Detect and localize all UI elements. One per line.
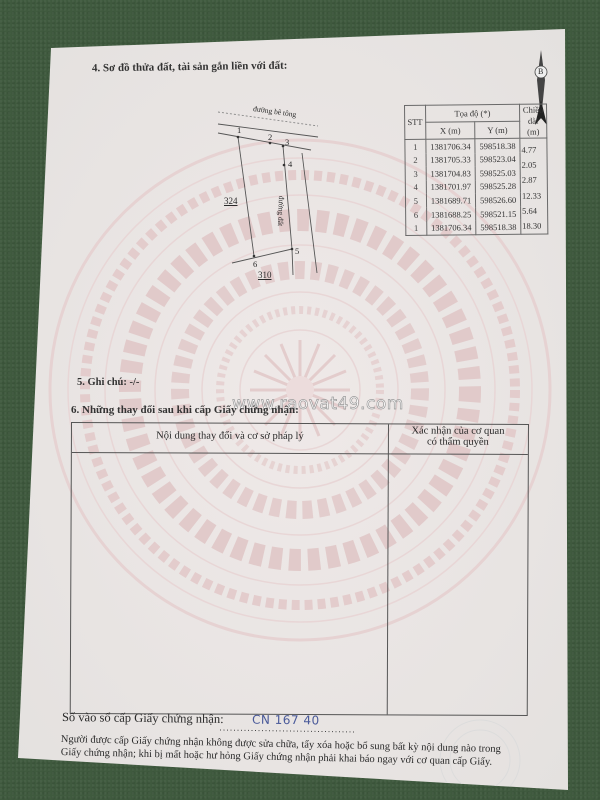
column-header-content: Nội dung thay đổi và cơ sở pháp lý: [72, 430, 388, 442]
header-length: Chiều dài (m): [519, 104, 546, 138]
changes-table: Nội dung thay đổi và cơ sở pháp lý Xác n…: [70, 422, 529, 716]
register-number-label: Số vào sổ cấp Giấy chứng nhận:: [62, 710, 224, 727]
column-header-authority: Xác nhận của cơ quan có thẩm quyền: [388, 425, 528, 448]
parcel-310-label: 310: [258, 270, 272, 280]
coordinates-table: STT Tọa độ (*) Chiều dài (m) X (m) Y (m)…: [404, 104, 548, 237]
header-y: Y (m): [475, 121, 520, 138]
point-6-label: 6: [253, 259, 257, 269]
point-2-label: 2: [268, 132, 272, 142]
header-stt: STT: [405, 105, 426, 139]
point-3-label: 3: [285, 137, 289, 147]
column-divider: [387, 424, 389, 714]
certificate-page: 4. Sơ đồ thửa đất, tài sản gắn liền với …: [0, 0, 600, 800]
header-x: X (m): [425, 122, 475, 140]
table-row: 1 1381706.34 598518.38 4.77 2.05 2.87 12…: [405, 138, 547, 154]
lengths-column: 4.77 2.05 2.87 12.33 5.64 18.30: [520, 138, 548, 234]
register-number-value: CN 167 40: [252, 713, 320, 728]
road-side-label: đường đất: [276, 196, 286, 227]
point-5-label: 5: [295, 246, 299, 256]
point-1-label: 1: [237, 125, 241, 135]
parcel-324-label: 324: [224, 196, 238, 206]
point-4-label: 4: [288, 159, 292, 169]
header-coordinates: Tọa độ (*): [425, 104, 519, 122]
north-label: B: [538, 67, 543, 76]
section-6-title: 6. Những thay đổi sau khi cấp Giấy chứng…: [71, 404, 299, 416]
section-5-notes: 5. Ghi chú: -/-: [77, 377, 139, 388]
